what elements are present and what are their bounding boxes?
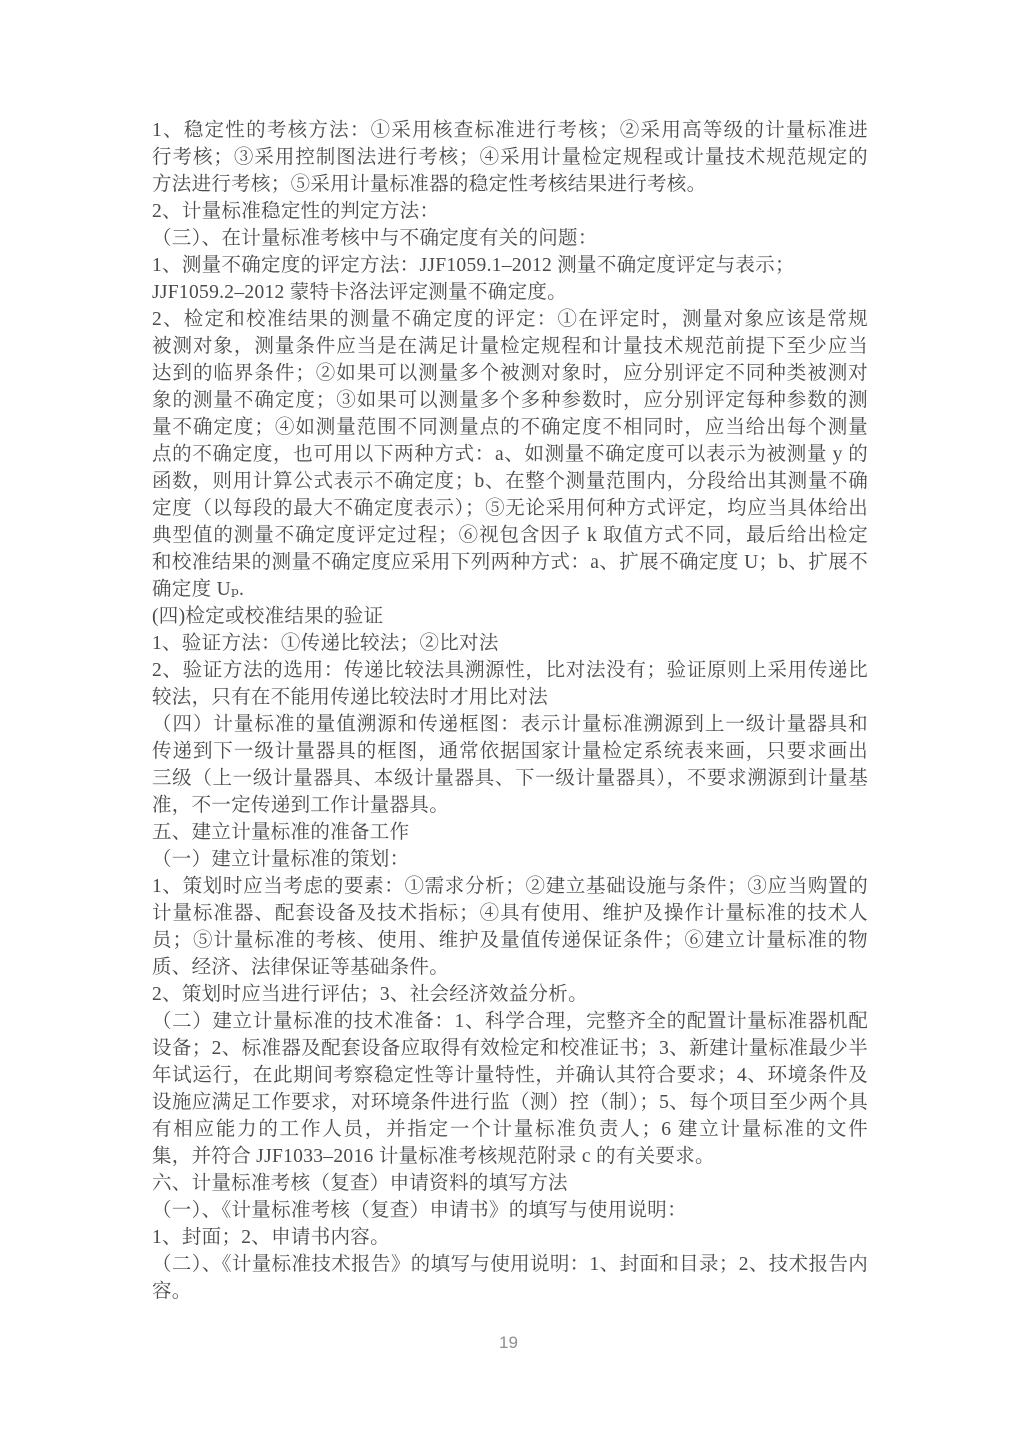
page-number: 19 [499,1333,518,1352]
text-line: 2、检定和校准结果的测量不确定度的评定：①在评定时，测量对象应该是常规 [152,306,868,333]
text-line: 五、建立计量标准的准备工作 [152,819,868,846]
text-line: 2、验证方法的选用：传递比较法具溯源性，比对法没有；验证原则上采用传递比 [152,657,868,684]
text-line: 1、验证方法：①传递比较法；②比对法 [152,630,868,657]
text-line: 定度（以每段的最大不确定度表示）；⑤无论采用何种方式评定，均应当具体给出 [152,495,868,522]
text-line: 员；⑤计量标准的考核、使用、维护及量值传递保证条件；⑥建立计量标准的物 [152,927,868,954]
text-line: 确定度 Uₚ. [152,576,868,603]
text-line: 较法，只有在不能用传递比较法时才用比对法 [152,684,868,711]
text-line: 集，并符合 JJF1033–2016 计量标准考核规范附录 c 的有关要求。 [152,1143,868,1170]
text-line: 方法进行考核；⑤采用计量标准器的稳定性考核结果进行考核。 [152,171,868,198]
text-line: 传递到下一级计量器具的框图，通常依据国家计量检定系统表来画，只要求画出 [152,738,868,765]
text-line: （一）、《计量标准考核（复查）申请书》的填写与使用说明： [152,1197,868,1224]
text-line: 被测对象，测量条件应当是在满足计量检定规程和计量技术规范前提下至少应当 [152,333,868,360]
text-line: （二）建立计量标准的技术准备：1、科学合理，完整齐全的配置计量标准器机配套 [152,1008,868,1035]
text-line: 和校准结果的测量不确定度应采用下列两种方式：a、扩展不确定度 U；b、扩展不 [152,549,868,576]
text-line: （四）计量标准的量值溯源和传递框图：表示计量标准溯源到上一级计量器具和 [152,711,868,738]
text-line: 量不确定度；④如测量范围不同测量点的不确定度不相同时，应当给出每个测量 [152,414,868,441]
document-page: 1、稳定性的考核方法：①采用核查标准进行考核；②采用高等级的计量标准进行考核；③… [0,0,1017,1438]
text-line: 准，不一定传递到工作计量器具。 [152,792,868,819]
text-line: 典型值的测量不确定度评定过程；⑥视包含因子 k 取值方式不同，最后给出检定 [152,522,868,549]
text-line: 2、策划时应当进行评估；3、社会经济效益分析。 [152,981,868,1008]
text-line: 达到的临界条件；②如果可以测量多个被测对象时，应分别评定不同种类被测对 [152,360,868,387]
text-line: 函数，则用计算公式表示不确定度；b、在整个测量范围内，分段给出其测量不确 [152,468,868,495]
text-line: 设施应满足工作要求，对环境条件进行监（测）控（制）；5、每个项目至少两个具 [152,1089,868,1116]
text-line: 1、稳定性的考核方法：①采用核查标准进行考核；②采用高等级的计量标准进 [152,117,868,144]
text-line: 容。 [152,1278,868,1305]
text-line: (四)检定或校准结果的验证 [152,603,868,630]
text-line: （一）建立计量标准的策划： [152,846,868,873]
text-line: （二）、《计量标准技术报告》的填写与使用说明：1、封面和目录；2、技术报告内 [152,1251,868,1278]
text-line: 1、测量不确定度的评定方法：JJF1059.1–2012 测量不确定度评定与表示… [152,252,868,279]
text-line: （三）、在计量标准考核中与不确定度有关的问题： [152,225,868,252]
text-line: 点的不确定度，也可用以下两种方式：a、如测量不确定度可以表示为被测量 y 的 [152,441,868,468]
text-line: 三级（上一级计量器具、本级计量器具、下一级计量器具），不要求溯源到计量基 [152,765,868,792]
text-line: 1、策划时应当考虑的要素：①需求分析；②建立基础设施与条件；③应当购置的 [152,873,868,900]
text-line: 质、经济、法律保证等基础条件。 [152,954,868,981]
document-text: 1、稳定性的考核方法：①采用核查标准进行考核；②采用高等级的计量标准进行考核；③… [152,117,868,1305]
text-line: 1、封面；2、申请书内容。 [152,1224,868,1251]
text-line: 有相应能力的工作人员，并指定一个计量标准负责人；6 建立计量标准的文件 [152,1116,868,1143]
text-line: 计量标准器、配套设备及技术指标；④具有使用、维护及操作计量标准的技术人 [152,900,868,927]
text-line: JJF1059.2–2012 蒙特卡洛法评定测量不确定度。 [152,279,868,306]
text-line: 六、计量标准考核（复查）申请资料的填写方法 [152,1170,868,1197]
page-footer: 19 [0,1333,1017,1353]
text-line: 行考核；③采用控制图法进行考核；④采用计量检定规程或计量技术规范规定的 [152,144,868,171]
text-line: 设备；2、标准器及配套设备应取得有效检定和校准证书；3、新建计量标准最少半 [152,1035,868,1062]
text-line: 年试运行，在此期间考察稳定性等计量特性，并确认其符合要求；4、环境条件及 [152,1062,868,1089]
text-line: 象的测量不确定度；③如果可以测量多个多种参数时，应分别评定每种参数的测 [152,387,868,414]
text-line: 2、计量标准稳定性的判定方法： [152,198,868,225]
